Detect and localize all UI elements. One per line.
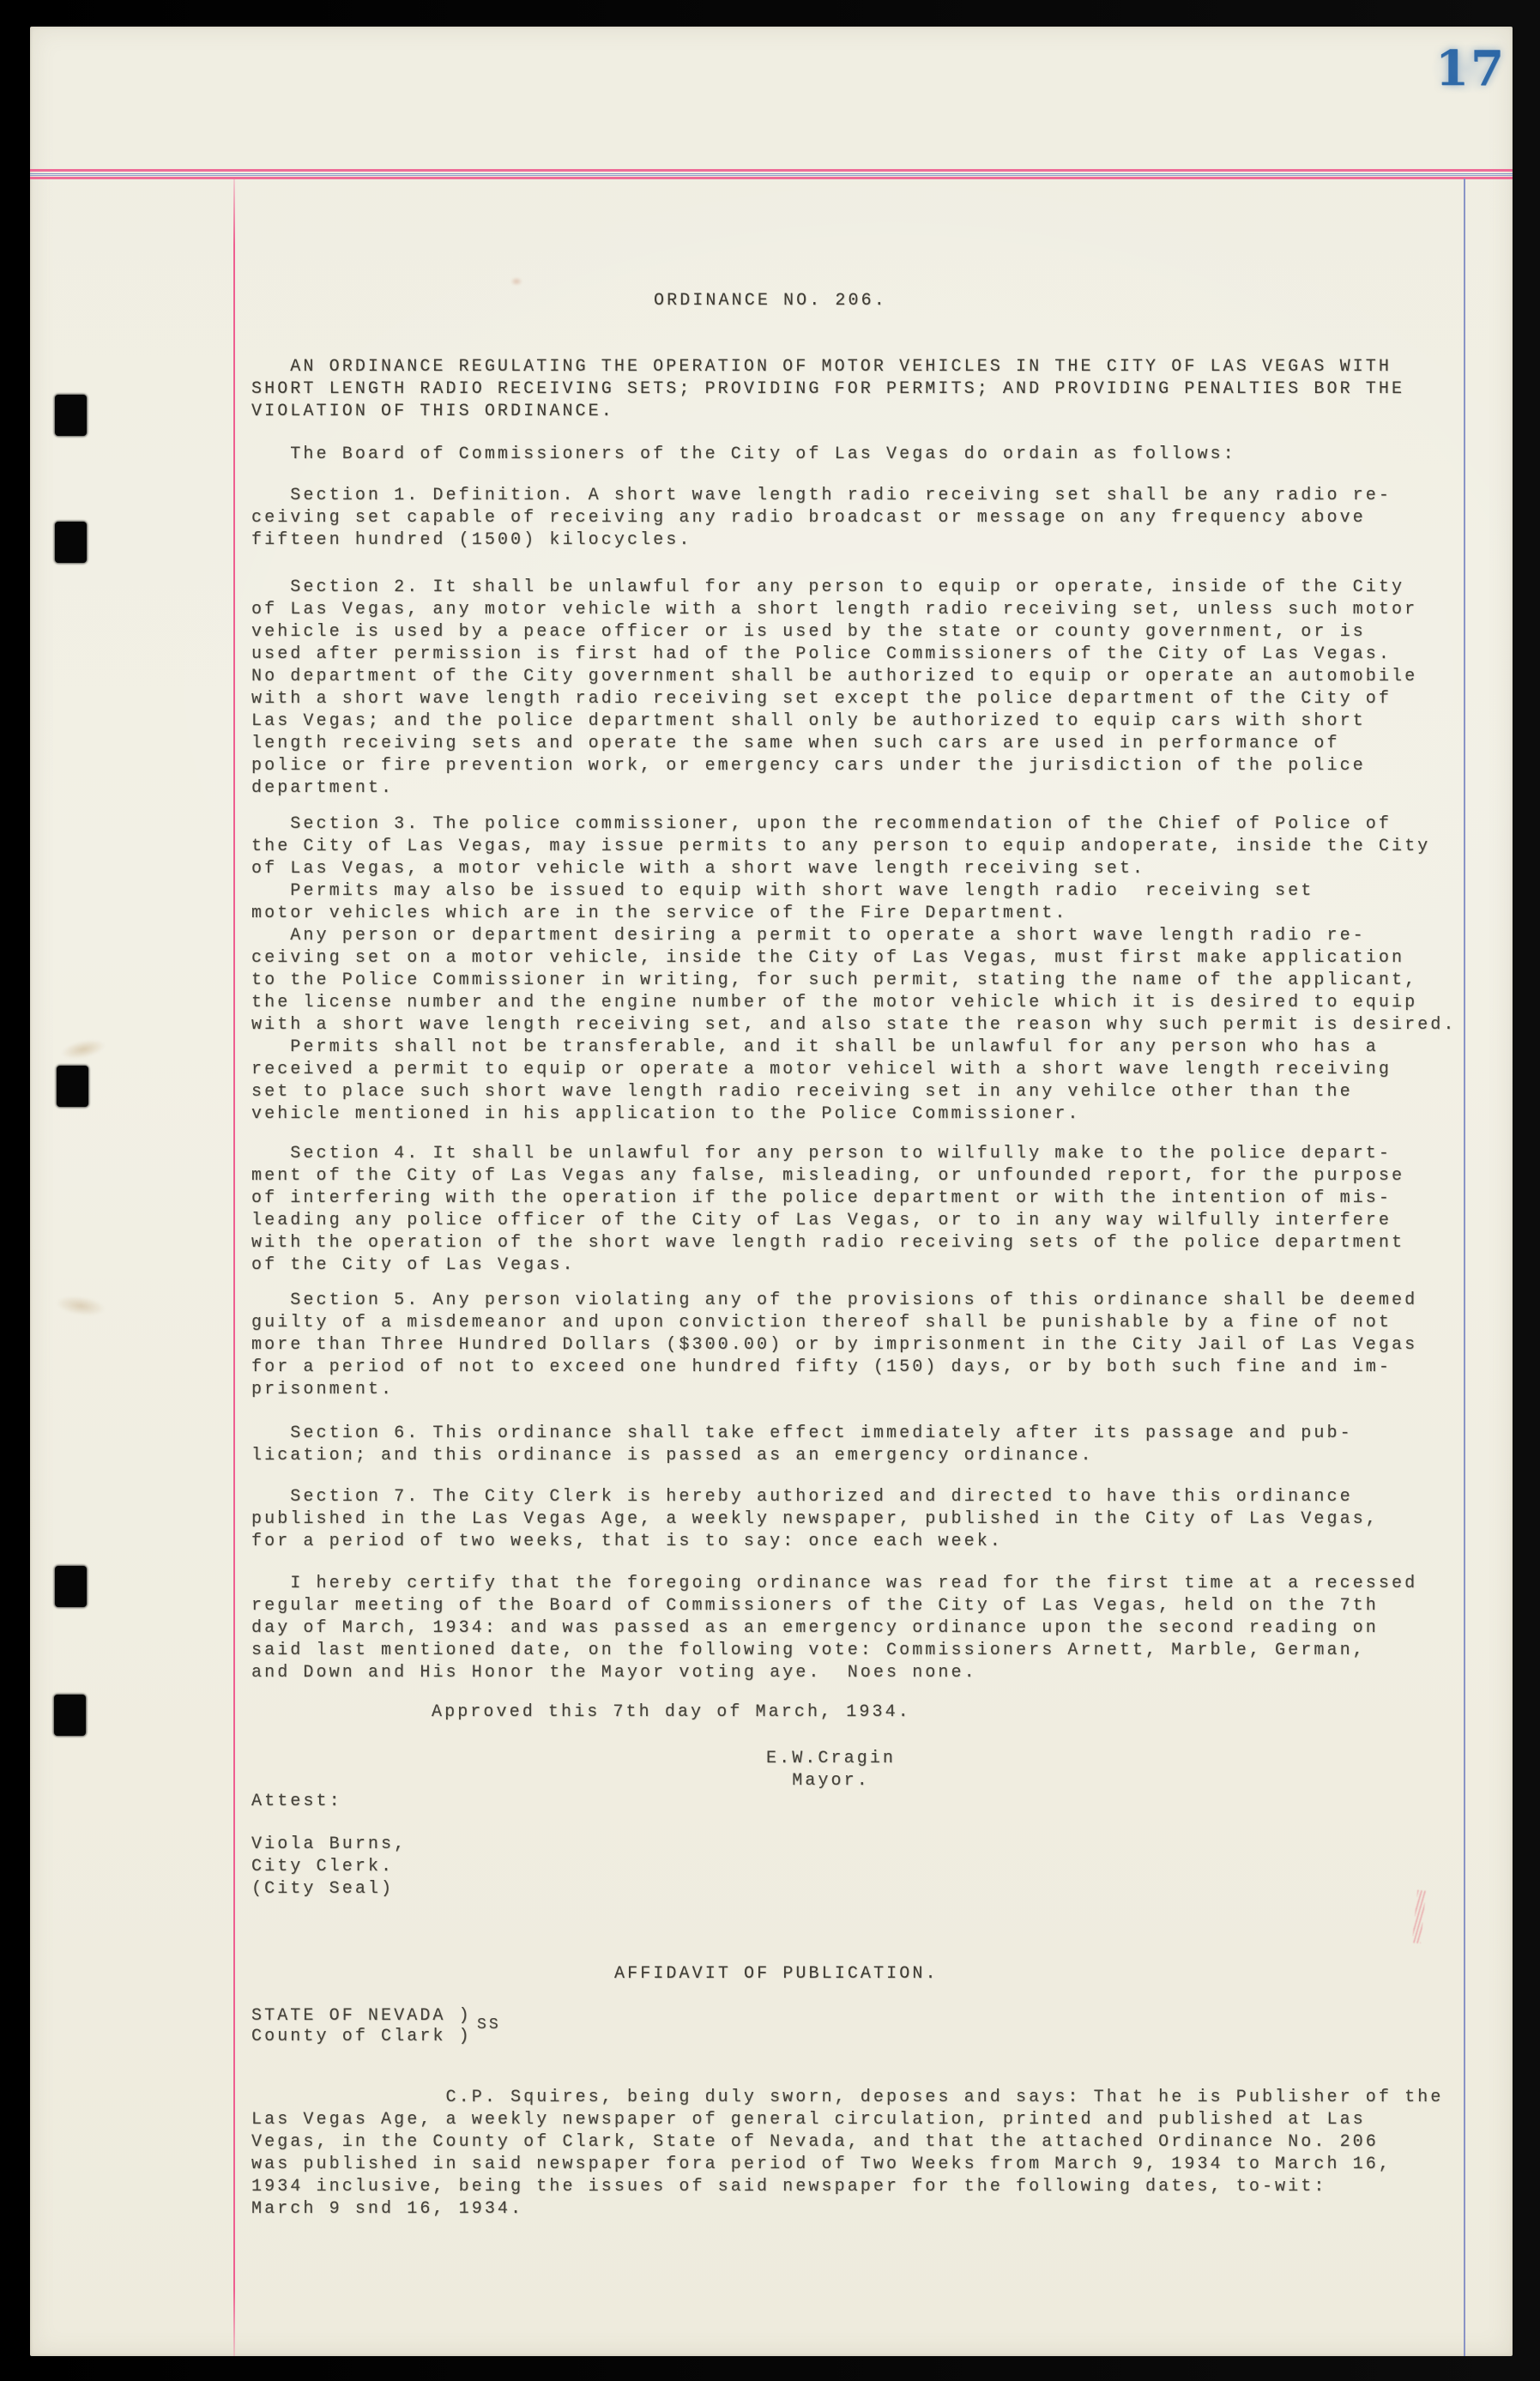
- ordinance-title: ORDINANCE NO. 206.: [654, 290, 887, 312]
- header-rule-pink-bottom: [30, 177, 1513, 179]
- venue-block: STATE OF NEVADA ) County of Clark ): [251, 2006, 472, 2047]
- binder-hole: [54, 1695, 86, 1736]
- ss-label: SS: [477, 2014, 501, 2036]
- section-2: Section 2. It shall be unlawful for any …: [251, 577, 1417, 800]
- left-margin-rule-pink: [233, 179, 235, 2356]
- binder-hole: [57, 1066, 88, 1107]
- paper-stain: [59, 1036, 106, 1062]
- enactment-clause: The Board of Commissioners of the City o…: [251, 444, 1236, 466]
- attest-block: Viola Burns, City Clerk. (City Seal): [251, 1834, 407, 1901]
- scanned-ledger-background: 17 ORDINANCE NO. 206. AN ORDINANCE REGUL…: [0, 0, 1540, 2381]
- mayor-signature: E.W.Cragin Mayor.: [766, 1748, 896, 1792]
- header-rule-pink-top: [30, 169, 1513, 172]
- section-1: Section 1. Definition. A short wave leng…: [251, 485, 1392, 552]
- affidavit-body: C.P. Squires, being duly sworn, deposes …: [251, 2087, 1443, 2221]
- ledger-page: 17 ORDINANCE NO. 206. AN ORDINANCE REGUL…: [30, 27, 1513, 2356]
- ordinance-preamble: AN ORDINANCE REGULATING THE OPERATION OF…: [251, 356, 1404, 423]
- section-7: Section 7. The City Clerk is hereby auth…: [251, 1486, 1379, 1553]
- paper-stain: [55, 1293, 106, 1319]
- certification-clause: I hereby certify that the foregoing ordi…: [251, 1573, 1417, 1684]
- section-4: Section 4. It shall be unlawful for any …: [251, 1143, 1404, 1277]
- paper-stain: [510, 277, 522, 286]
- header-rule-band: [30, 169, 1513, 179]
- affidavit-title: AFFIDAVIT OF PUBLICATION.: [614, 1963, 939, 1985]
- section-3: Section 3. The police commissioner, upon…: [251, 813, 1456, 1126]
- attest-label: Attest:: [251, 1791, 342, 1813]
- right-margin-rule-blue: [1464, 178, 1465, 2356]
- binder-hole: [55, 395, 87, 436]
- section-5: Section 5. Any person violating any of t…: [251, 1290, 1417, 1401]
- binder-hole: [55, 522, 87, 563]
- page-number-stamp: 17: [1435, 42, 1504, 99]
- section-6: Section 6. This ordinance shall take eff…: [251, 1423, 1353, 1467]
- approval-line: Approved this 7th day of March, 1934.: [432, 1701, 911, 1724]
- binder-hole: [55, 1566, 87, 1607]
- red-pen-mark: [1412, 1890, 1426, 1944]
